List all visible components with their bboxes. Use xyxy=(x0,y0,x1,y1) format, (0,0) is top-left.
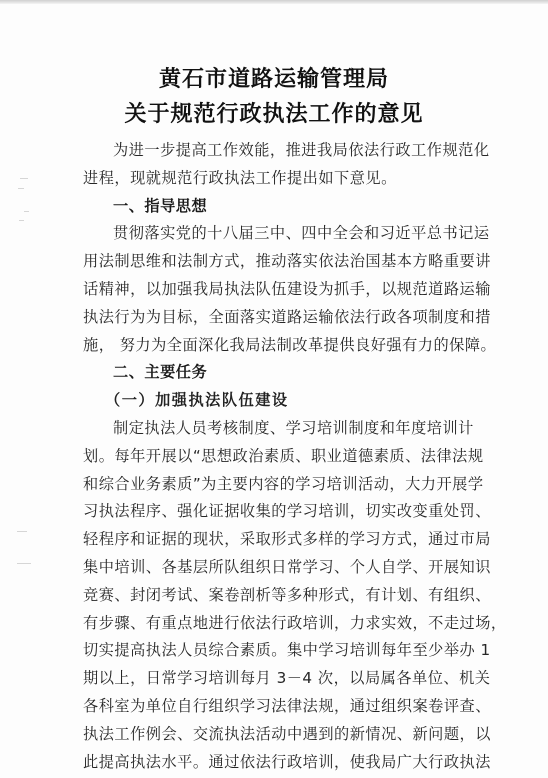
binding-mark xyxy=(20,178,28,179)
paragraph-line: 竞赛、封闭考试、案卷剖析等多种形式，有计划、有组织、 xyxy=(83,582,467,610)
intro-line: 进程，现就规范行政执法工作提出如下意见。 xyxy=(83,165,467,193)
paragraph-line: 和综合业务素质”为主要内容的学习培训活动，大力开展学 xyxy=(83,471,467,499)
paragraph-line: 施， 努力为全面深化我局法制改革提供良好强有力的保障。 xyxy=(83,332,467,360)
paragraph-line: 各科室为单位自行组织学习法律法规，通过组织案卷评查、 xyxy=(83,693,467,721)
intro-line: 为进一步提高工作效能，推进我局依法行政工作规范化 xyxy=(83,137,467,165)
paragraph-line: 集中培训、各基层所队组织日常学习、个人自学、开展知识 xyxy=(83,554,467,582)
paragraph-line: 划。每年开展以“思想政治素质、职业道德素质、法律法规 xyxy=(83,443,467,471)
section-heading-guiding-thought: 一、指导思想 xyxy=(83,193,467,221)
section-heading-main-tasks: 二、主要任务 xyxy=(83,359,467,387)
paragraph-line: 用法制思维和法制方式，推动落实依法治国基本方略重要讲 xyxy=(83,248,467,276)
binding-mark xyxy=(24,211,29,212)
paragraph-line: 执法行为为目标，全面落实道路运输依法行政各项制度和措 xyxy=(83,304,467,332)
paragraph-line: 贯彻落实党的十八届三中、四中全会和习近平总书记运 xyxy=(83,220,467,248)
binding-mark xyxy=(17,531,27,532)
document-title-line2: 关于规范行政执法工作的意见 xyxy=(0,97,548,128)
document-title-line1: 黄石市道路运输管理局 xyxy=(0,62,548,93)
paragraph-line: 期以上，日常学习培训每月 3－4 次，以局属各单位、机关 xyxy=(83,665,467,693)
paragraph-line: 有步骤、有重点地进行依法行政培训，力求实效，不走过场， xyxy=(83,610,467,638)
page-top-edge xyxy=(0,0,548,4)
paragraph-line: 轻程序和证据的现状，采取形式多样的学习方式，通过市局 xyxy=(83,526,467,554)
binding-mark xyxy=(18,188,24,189)
document-page: 黄石市道路运输管理局 关于规范行政执法工作的意见 为进一步提高工作效能，推进我局… xyxy=(0,0,548,778)
binding-mark xyxy=(17,563,31,564)
paragraph-line: 制定执法人员考核制度、学习培训制度和年度培训计 xyxy=(83,415,467,443)
subsection-heading-team-building: （一）加强执法队伍建设 xyxy=(83,387,467,415)
paragraph-line: 此提高执法水平。通过依法行政培训，使我局广大行政执法 xyxy=(83,749,467,777)
paragraph-line: 习执法程序、强化证据收集的学习培训，切实改变重处罚、 xyxy=(83,498,467,526)
document-body: 为进一步提高工作效能，推进我局依法行政工作规范化 进程，现就规范行政执法工作提出… xyxy=(83,137,467,776)
paragraph-line: 执法工作例会、交流执法活动中遇到的新情况、新问题，以 xyxy=(83,721,467,749)
paragraph-line: 切实提高执法人员综合素质。集中学习培训每年至少举办 1 xyxy=(83,637,467,665)
paragraph-line: 话精神，以加强我局执法队伍建设为抓手，以规范道路运输 xyxy=(83,276,467,304)
binding-mark xyxy=(19,220,24,221)
